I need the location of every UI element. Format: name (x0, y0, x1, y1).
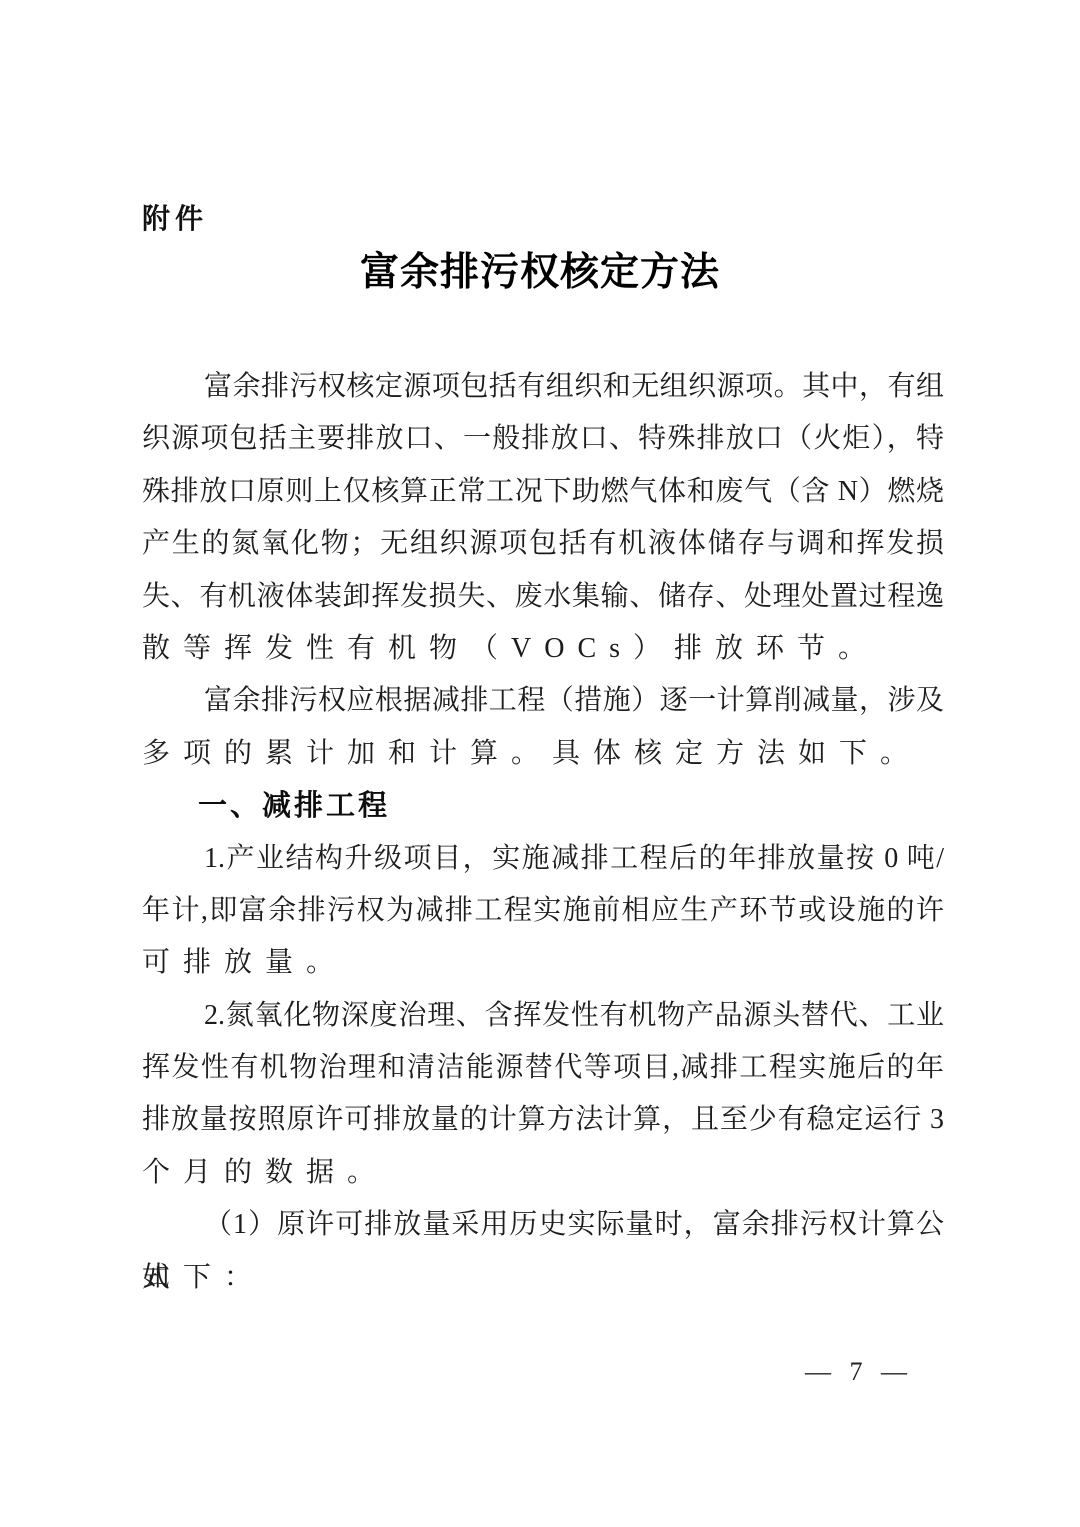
text-line: 富余排污权应根据减排工程（措施）逐一计算削减量，涉及 (142, 675, 944, 727)
document-page: 附件 富余排污权核定方法 富余排污权核定源项包括有组织和无组织源项。其中，有组织… (0, 0, 1080, 1527)
text-line: 可排放量。 (142, 937, 944, 989)
text-line: 织源项包括主要排放口、一般排放口、特殊排放口（火炬），特 (142, 413, 944, 465)
text-line: 失、有机液体装卸挥发损失、废水集输、储存、处理处置过程逸 (142, 571, 944, 623)
text-line: 殊排放口原则上仅核算正常工况下助燃气体和废气（含 N）燃烧 (142, 466, 944, 518)
text-line: 产生的氮氧化物；无组织源项包括有机液体储存与调和挥发损 (142, 518, 944, 570)
body-lines: 富余排污权核定源项包括有组织和无组织源项。其中，有组织源项包括主要排放口、一般排… (142, 361, 944, 1304)
text-line: 多项的累计加和计算。具体核定方法如下。 (142, 728, 944, 780)
text-line: 富余排污权核定源项包括有组织和无组织源项。其中，有组 (142, 361, 944, 413)
text-line: 排放量按照原许可排放量的计算方法计算，且至少有稳定运行 3 (142, 1094, 944, 1146)
text-line: （1）原许可排放量采用历史实际量时，富余排污权计算公式 (142, 1199, 944, 1251)
attachment-label: 附件 (142, 203, 208, 235)
text-line: 挥发性有机物治理和清洁能源替代等项目,减排工程实施后的年 (142, 1042, 944, 1094)
text-line: 如下： (142, 1252, 944, 1304)
text-line: 2.氮氧化物深度治理、含挥发性有机物产品源头替代、工业 (142, 990, 944, 1042)
text-line: 1.产业结构升级项目，实施减排工程后的年排放量按 0 吨/ (142, 833, 944, 885)
text-line: 年计,即富余排污权为减排工程实施前相应生产环节或设施的许 (142, 885, 944, 937)
page-number: — 7 — (805, 1356, 913, 1388)
text-line: 散等挥发性有机物（VOCs）排放环节。 (142, 623, 944, 675)
document-title: 富余排污权核定方法 (0, 250, 1080, 296)
text-line: 个月的数据。 (142, 1147, 944, 1199)
section-heading: 一、减排工程 (142, 780, 944, 832)
